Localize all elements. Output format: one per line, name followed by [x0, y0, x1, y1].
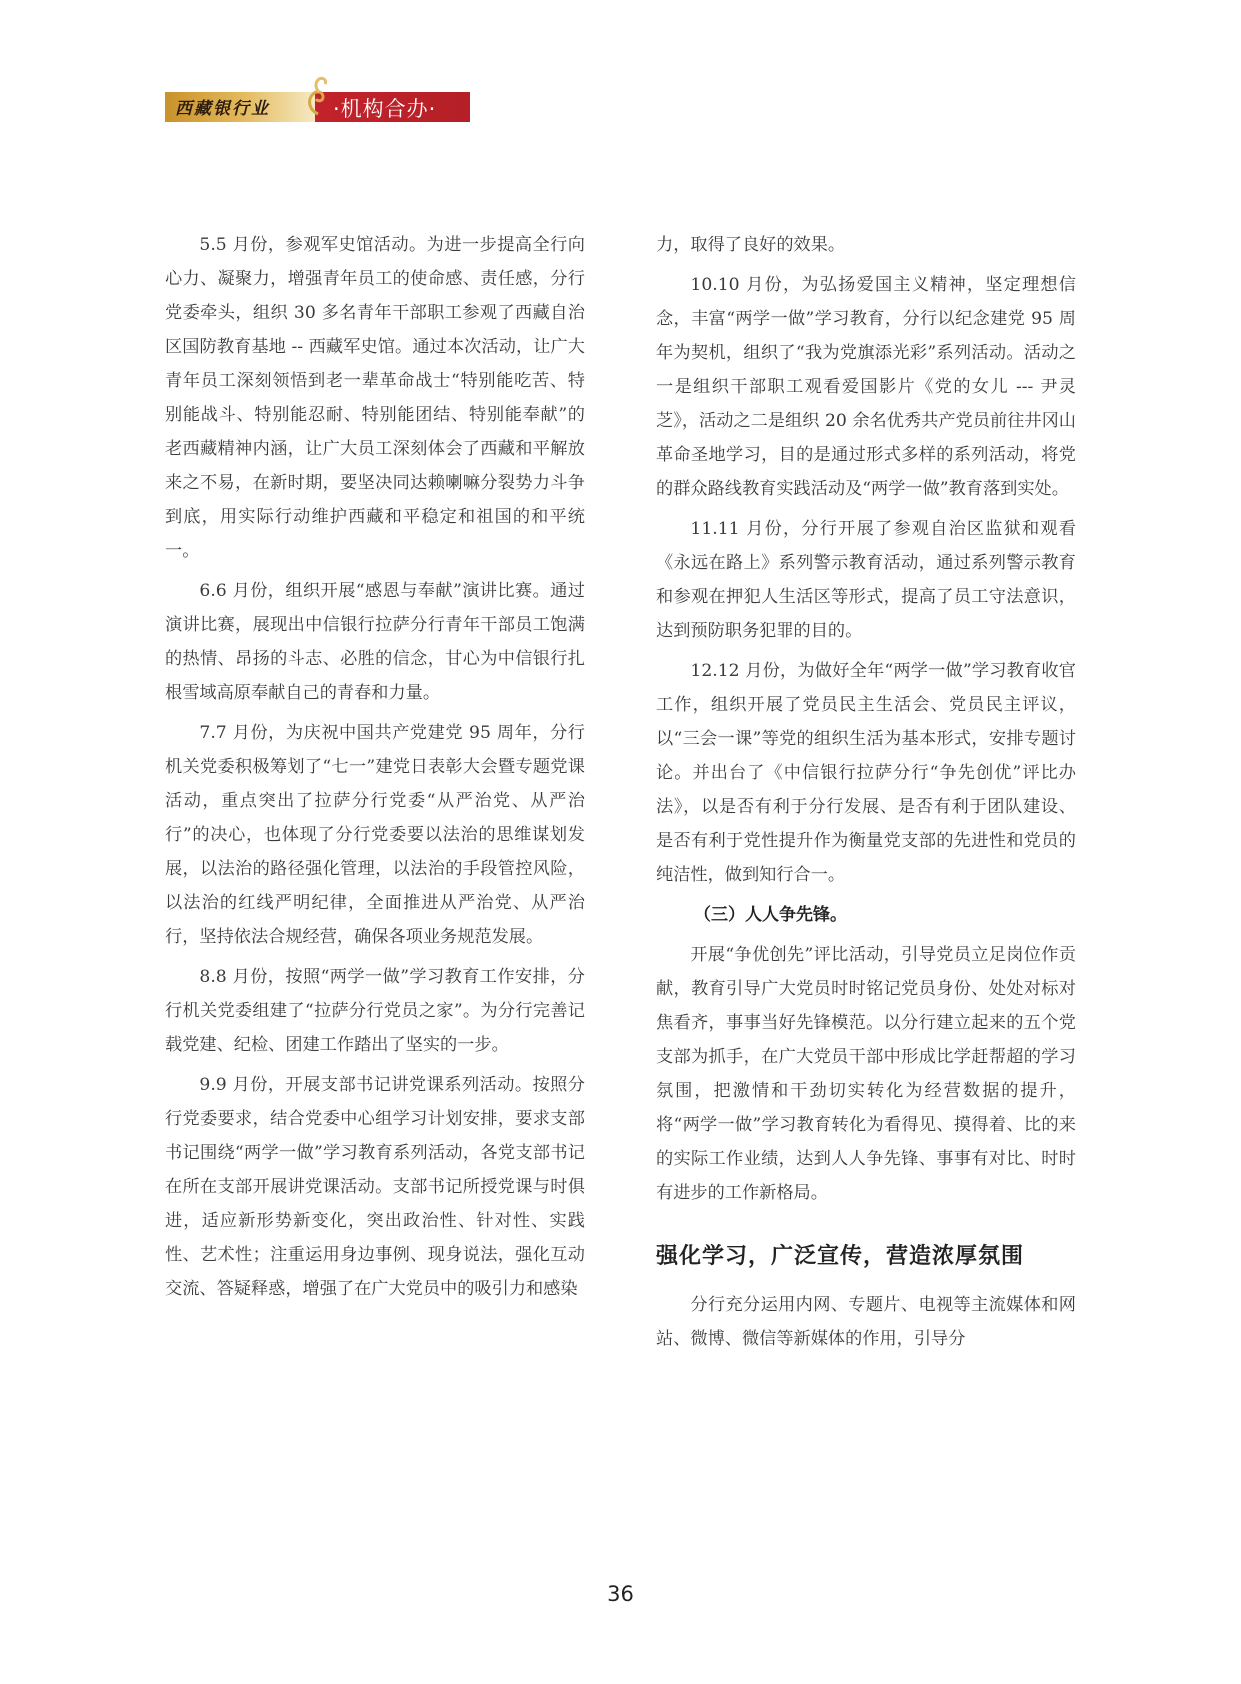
cloud-swirl-icon — [305, 76, 331, 116]
paragraph-august: 8.8 月份，按照“两学一做”学习教育工作安排，分行机关党委组建了“拉萨分行党员… — [165, 960, 585, 1062]
paragraph-november: 11.11 月份，分行开展了参观自治区监狱和观看《永远在路上》系列警示教育活动，… — [656, 512, 1076, 648]
paragraph-vanguard: 开展“争优创先”评比活动，引导党员立足岗位作贡献，教育引导广大党员时时铭记党员身… — [656, 938, 1076, 1210]
section-label: ·机构合办· — [333, 93, 436, 123]
paragraph-december: 12.12 月份，为做好全年“两学一做”学习教育收官工作，组织开展了党员民主生活… — [656, 654, 1076, 892]
paragraph-continuation: 力，取得了良好的效果。 — [656, 228, 1076, 262]
paragraph-september: 9.9 月份，开展支部书记讲党课系列活动。按照分行党委要求，结合党委中心组学习计… — [165, 1068, 585, 1306]
publication-name: 西藏银行业 — [175, 94, 270, 119]
right-column: 力，取得了良好的效果。 10.10 月份，为弘扬爱国主义精神，坚定理想信念，丰富… — [656, 228, 1076, 1362]
section-title: 强化学习，广泛宣传，营造浓厚氛围 — [656, 1240, 1076, 1274]
header-banner: 西藏银行业 ·机构合办· — [165, 76, 470, 122]
page-number: 36 — [0, 1582, 1241, 1606]
paragraph-publicity: 分行充分运用内网、专题片、电视等主流媒体和网站、微博、微信等新媒体的作用，引导分 — [656, 1288, 1076, 1356]
paragraph-june: 6.6 月份，组织开展“感恩与奉献”演讲比赛。通过演讲比赛，展现出中信银行拉萨分… — [165, 574, 585, 710]
paragraph-may: 5.5 月份，参观军史馆活动。为进一步提高全行向心力、凝聚力，增强青年员工的使命… — [165, 228, 585, 568]
paragraph-october: 10.10 月份，为弘扬爱国主义精神，坚定理想信念，丰富“两学一做”学习教育，分… — [656, 268, 1076, 506]
subheading: （三）人人争先锋。 — [656, 898, 1076, 932]
paragraph-july: 7.7 月份，为庆祝中国共产党建党 95 周年，分行机关党委积极筹划了“七一”建… — [165, 716, 585, 954]
left-column: 5.5 月份，参观军史馆活动。为进一步提高全行向心力、凝聚力，增强青年员工的使命… — [165, 228, 585, 1312]
